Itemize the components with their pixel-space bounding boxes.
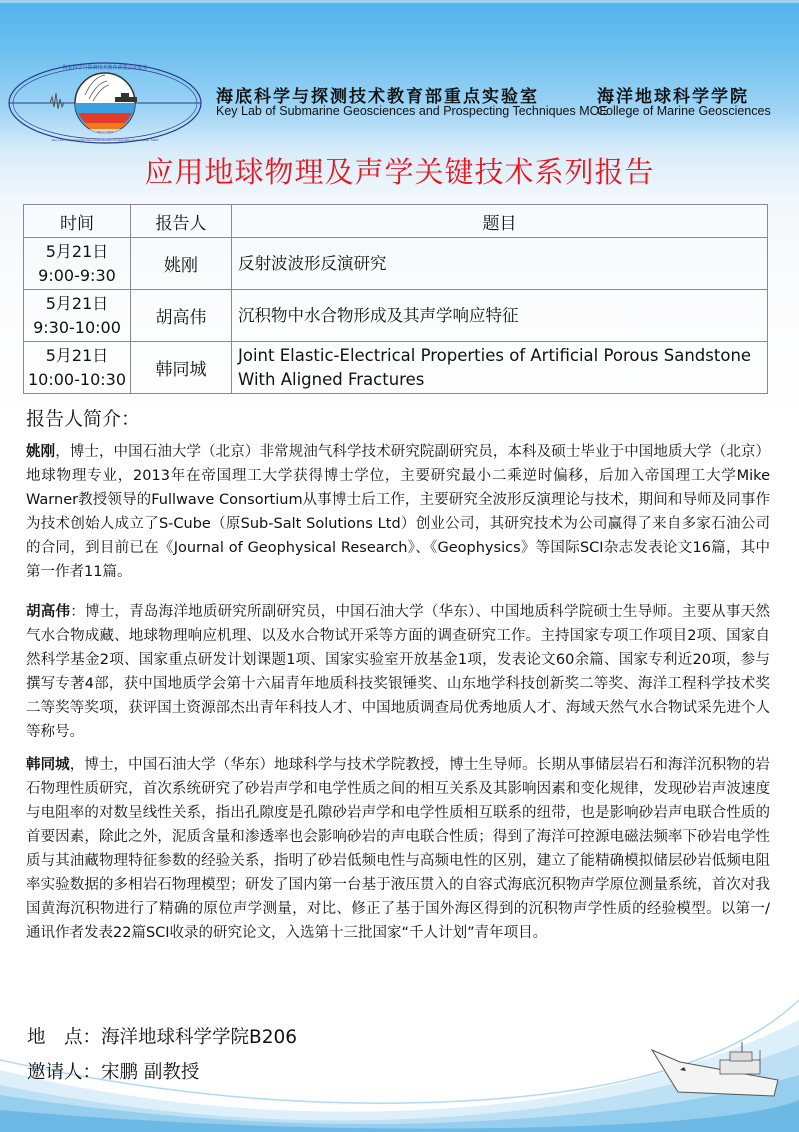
bio-text: ，博士，中国石油大学（北京）非常规油气科学技术研究院副研究员，本科及硕士毕业于中… [26, 444, 770, 580]
college-name-en: College of Marine Geosciences [597, 104, 771, 118]
time-text: 10:00-10:30 [24, 368, 130, 392]
topic-line-2: With Aligned Fractures [238, 368, 767, 392]
date-text: 5月21日 [24, 240, 130, 264]
topic-cell: 反射波波形反演研究 [232, 238, 768, 290]
topic-line-1: Joint Elastic-Electrical Properties of A… [238, 344, 767, 368]
column-header-topic: 题目 [232, 205, 768, 238]
speaker-cell: 韩同城 [131, 342, 232, 394]
bio-text: ，博士，中国石油大学（华东）地球科学与技术学院教授，博士生导师。长期从事储层岩石… [26, 757, 770, 941]
bio-name: 姚刚 [26, 444, 55, 460]
bio-paragraph-han: 韩同城，博士，中国石油大学（华东）地球科学与技术学院教授，博士生导师。长期从事储… [26, 753, 770, 945]
column-header-speaker: 报告人 [131, 205, 232, 238]
bio-text: ：博士，青岛海洋地质研究所副研究员，中国石油大学（华东）、中国地质科学院硕士生导… [26, 604, 770, 740]
lab-name-en: Key Lab of Submarine Geosciences and Pro… [216, 104, 608, 118]
inviter-text: 邀请人：宋鹏 副教授 [27, 1058, 199, 1084]
topic-cell: 沉积物中水合物形成及其声学响应特征 [232, 290, 768, 342]
time-text: 9:30-10:00 [24, 316, 130, 340]
bio-name: 胡高伟 [26, 604, 70, 620]
table-row: 5月21日 10:00-10:30 韩同城 Joint Elastic-Elec… [24, 342, 768, 394]
svg-text:Key Lab of Submarine Geoscienc: Key Lab of Submarine Geosciences and Pro… [51, 138, 158, 142]
page-title: 应用地球物理及声学关键技术系列报告 [0, 150, 799, 191]
research-ship-icon [650, 1040, 785, 1105]
svg-text:海底科学与探测技术教育部重点实验室: 海底科学与探测技术教育部重点实验室 [62, 64, 147, 71]
lab-logo-icon: 海底科学与探测技术教育部重点实验室 Key Lab of Submarine G… [5, 55, 205, 147]
date-text: 5月21日 [24, 292, 130, 316]
bio-paragraph-hu: 胡高伟：博士，青岛海洋地质研究所副研究员，中国石油大学（华东）、中国地质科学院硕… [26, 600, 770, 744]
time-cell: 5月21日 10:00-10:30 [24, 342, 131, 394]
time-text: 9:00-9:30 [24, 264, 130, 288]
schedule-table: 时间 报告人 题目 5月21日 9:00-9:30 姚刚 反射波波形反演研究 5… [23, 204, 768, 394]
bios-heading: 报告人简介： [26, 404, 140, 431]
top-border [0, 0, 799, 3]
venue-text: 地 点：海洋地球科学学院B206 [27, 1023, 297, 1049]
table-row: 5月21日 9:30-10:00 胡高伟 沉积物中水合物形成及其声学响应特征 [24, 290, 768, 342]
table-row: 5月21日 9:00-9:30 姚刚 反射波波形反演研究 [24, 238, 768, 290]
speaker-cell: 姚刚 [131, 238, 232, 290]
column-header-time: 时间 [24, 205, 131, 238]
time-cell: 5月21日 9:30-10:00 [24, 290, 131, 342]
date-text: 5月21日 [24, 344, 130, 368]
table-header-row: 时间 报告人 题目 [24, 205, 768, 238]
bio-paragraph-yao: 姚刚，博士，中国石油大学（北京）非常规油气科学技术研究院副研究员，本科及硕士毕业… [26, 440, 770, 584]
svg-text:Since 2002: Since 2002 [97, 130, 114, 134]
speaker-cell: 胡高伟 [131, 290, 232, 342]
time-cell: 5月21日 9:00-9:30 [24, 238, 131, 290]
topic-cell: Joint Elastic-Electrical Properties of A… [232, 342, 768, 394]
bio-name: 韩同城 [26, 757, 70, 773]
